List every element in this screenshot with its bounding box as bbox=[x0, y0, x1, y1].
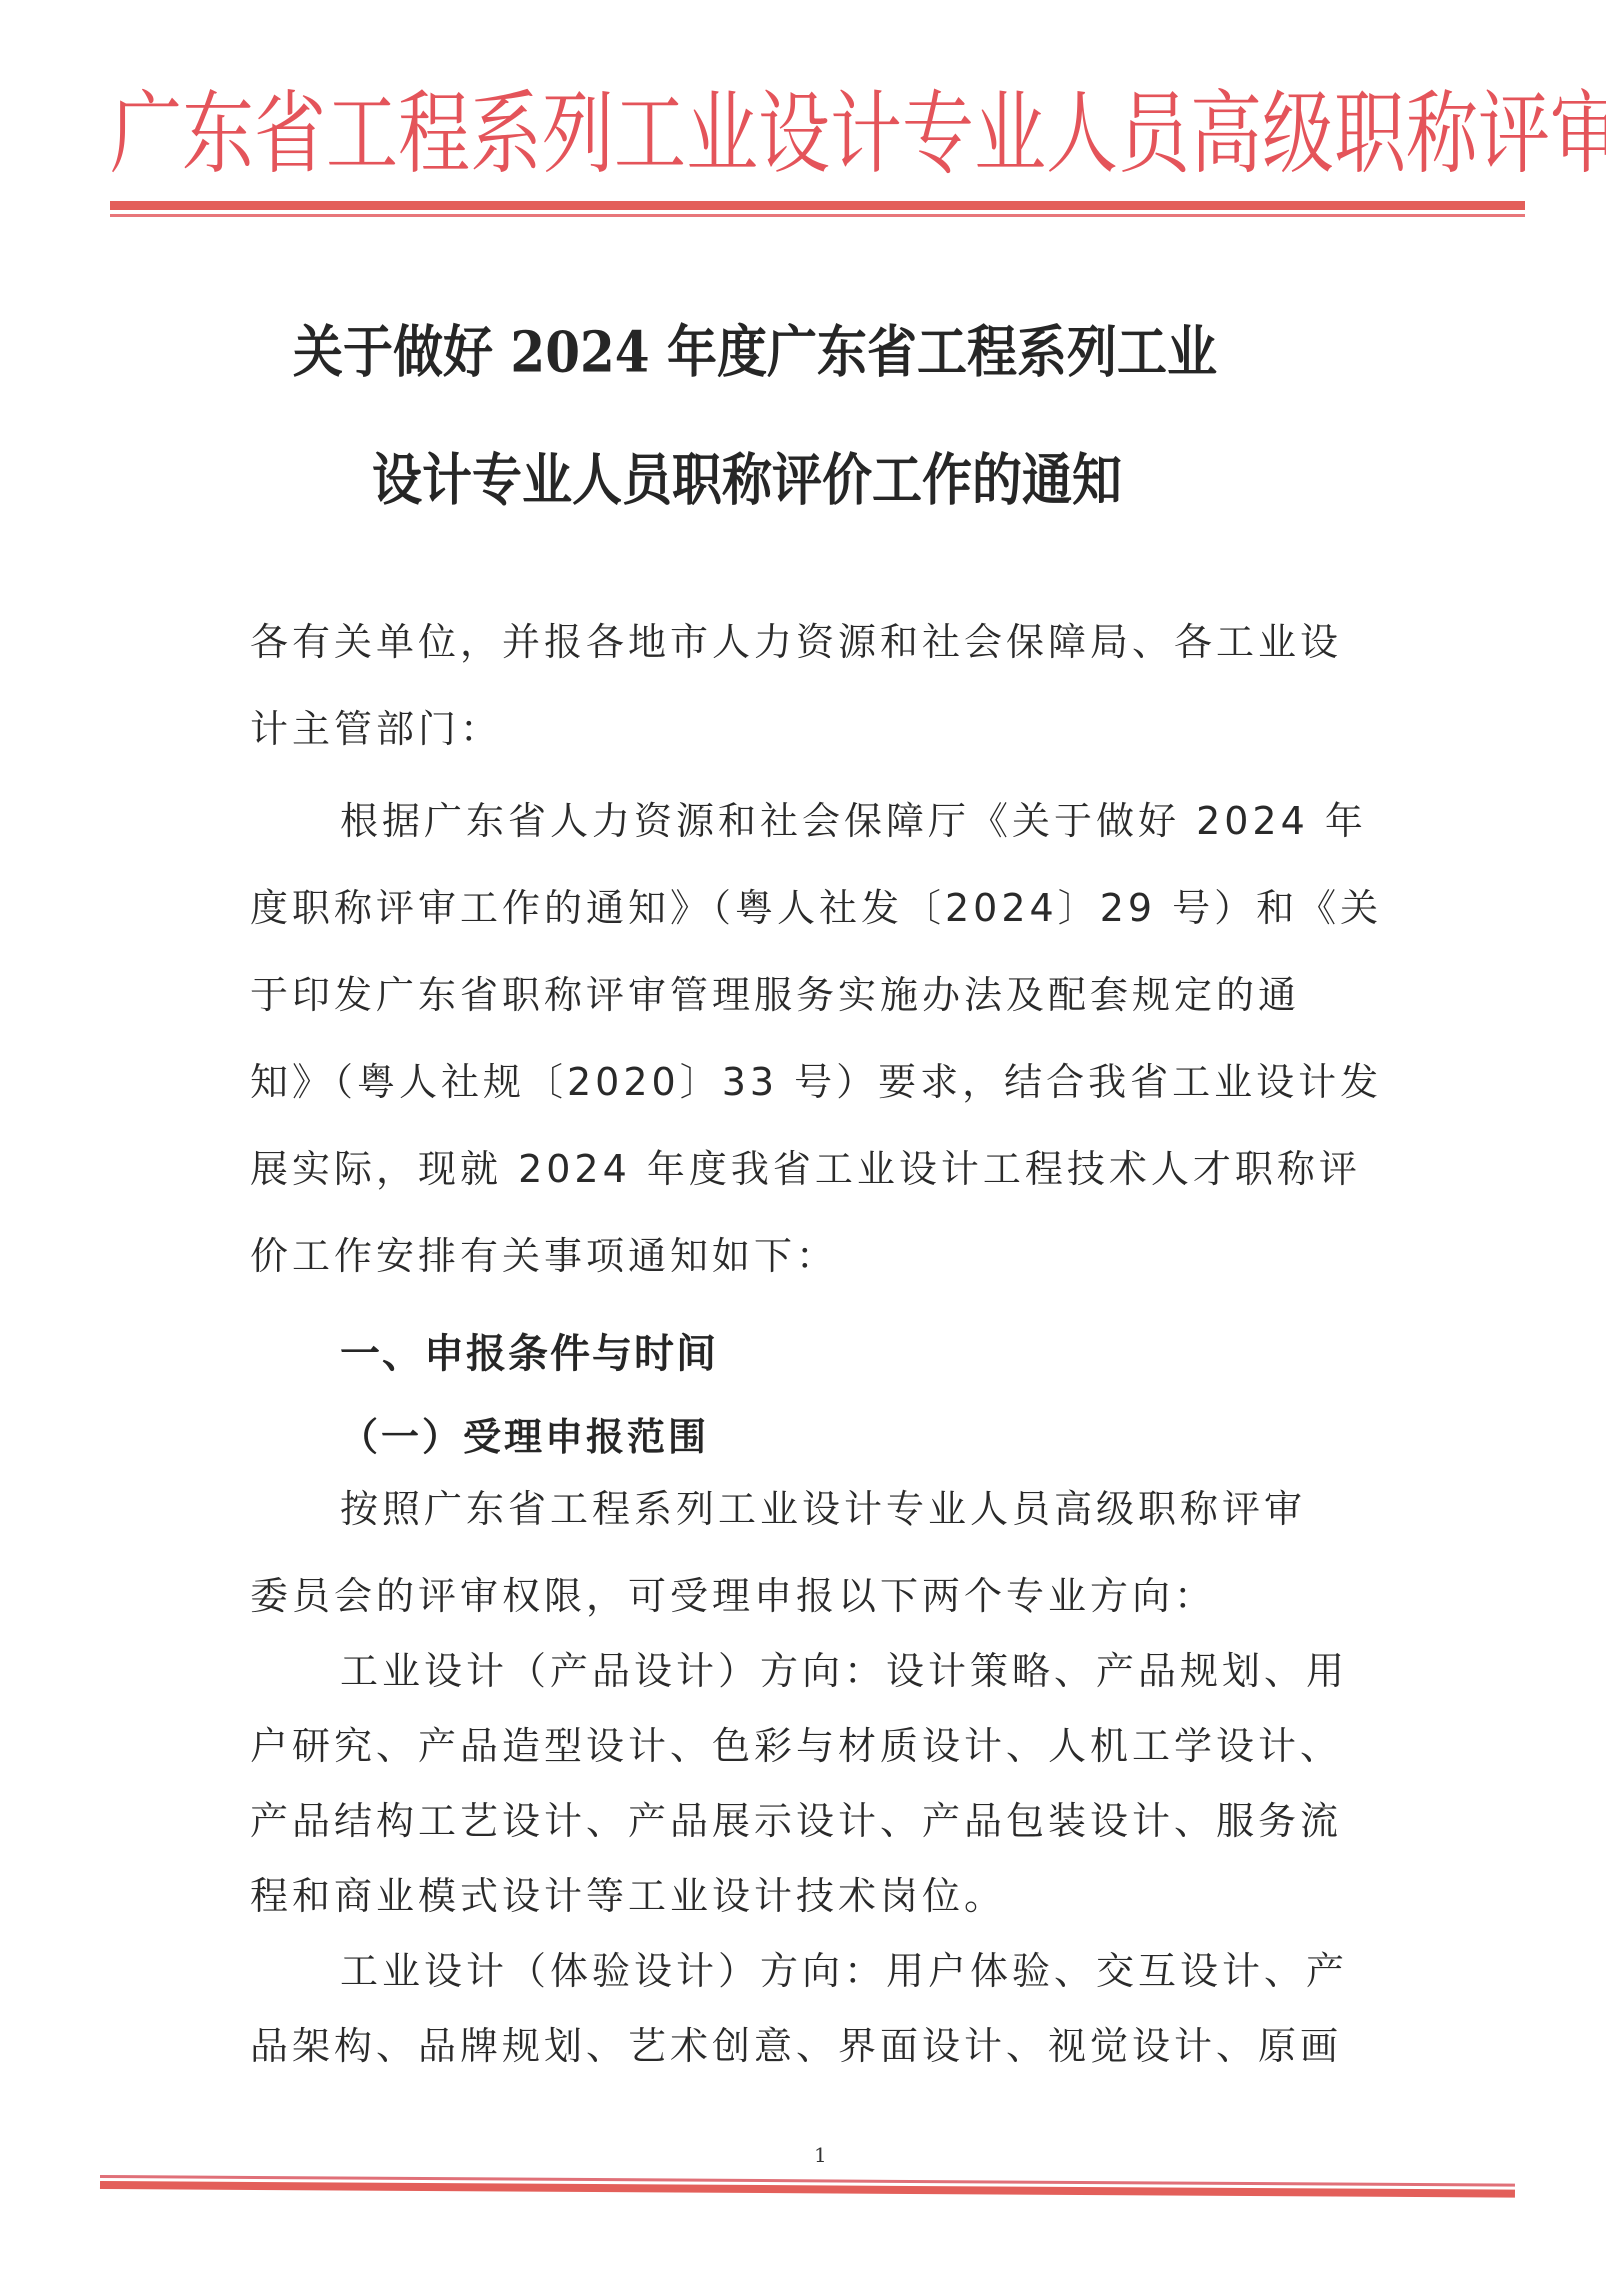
intro-line-3: 于印发广东省职称评审管理服务实施办法及配套规定的通 bbox=[250, 971, 1400, 1019]
intro-line-6: 价工作安排有关事项通知如下： bbox=[250, 1232, 1400, 1280]
section-heading-1: 一、申报条件与时间 bbox=[340, 1322, 718, 1379]
scope-line-1: 按照广东省工程系列工业设计专业人员高级职称评审 bbox=[340, 1485, 1490, 1533]
issuing-organization: 广东省工程系列工业设计专业人员高级职称评审委员会 bbox=[110, 64, 1520, 202]
intro-line-4: 知》（粤人社规〔2020〕33 号）要求，结合我省工业设计发 bbox=[250, 1058, 1400, 1106]
experience-design-line-2: 品架构、品牌规划、艺术创意、界面设计、视觉设计、原画 bbox=[250, 2022, 1400, 2070]
salutation-line-2: 计主管部门： bbox=[250, 705, 1400, 753]
experience-design-line-1: 工业设计（体验设计）方向：用户体验、交互设计、产 bbox=[340, 1947, 1490, 1995]
subsection-heading-1: （一）受理申报范围 bbox=[340, 1406, 709, 1461]
salutation-line-1: 各有关单位，并报各地市人力资源和社会保障局、各工业设 bbox=[250, 618, 1400, 666]
page-number: 1 bbox=[814, 2143, 827, 2167]
title-line-1: 关于做好 2024 年度广东省工程系列工业 bbox=[293, 308, 1403, 389]
intro-line-5: 展实际，现就 2024 年度我省工业设计工程技术人才职称评 bbox=[250, 1145, 1400, 1193]
intro-line-1: 根据广东省人力资源和社会保障厅《关于做好 2024 年 bbox=[340, 797, 1490, 845]
product-design-line-1: 工业设计（产品设计）方向：设计策略、产品规划、用 bbox=[340, 1647, 1490, 1695]
header-divider-thick bbox=[110, 201, 1525, 210]
product-design-line-3: 产品结构工艺设计、产品展示设计、产品包装设计、服务流 bbox=[250, 1797, 1400, 1845]
title-line-2: 设计专业人员职称评价工作的通知 bbox=[372, 436, 1482, 517]
intro-line-2: 度职称评审工作的通知》（粤人社发〔2024〕29 号）和《关 bbox=[250, 884, 1400, 932]
scope-line-2: 委员会的评审权限，可受理申报以下两个专业方向： bbox=[250, 1572, 1400, 1620]
product-design-line-4: 程和商业模式设计等工业设计技术岗位。 bbox=[250, 1872, 1400, 1920]
product-design-line-2: 户研究、产品造型设计、色彩与材质设计、人机工学设计、 bbox=[250, 1722, 1400, 1770]
header-divider-thin bbox=[110, 214, 1525, 217]
